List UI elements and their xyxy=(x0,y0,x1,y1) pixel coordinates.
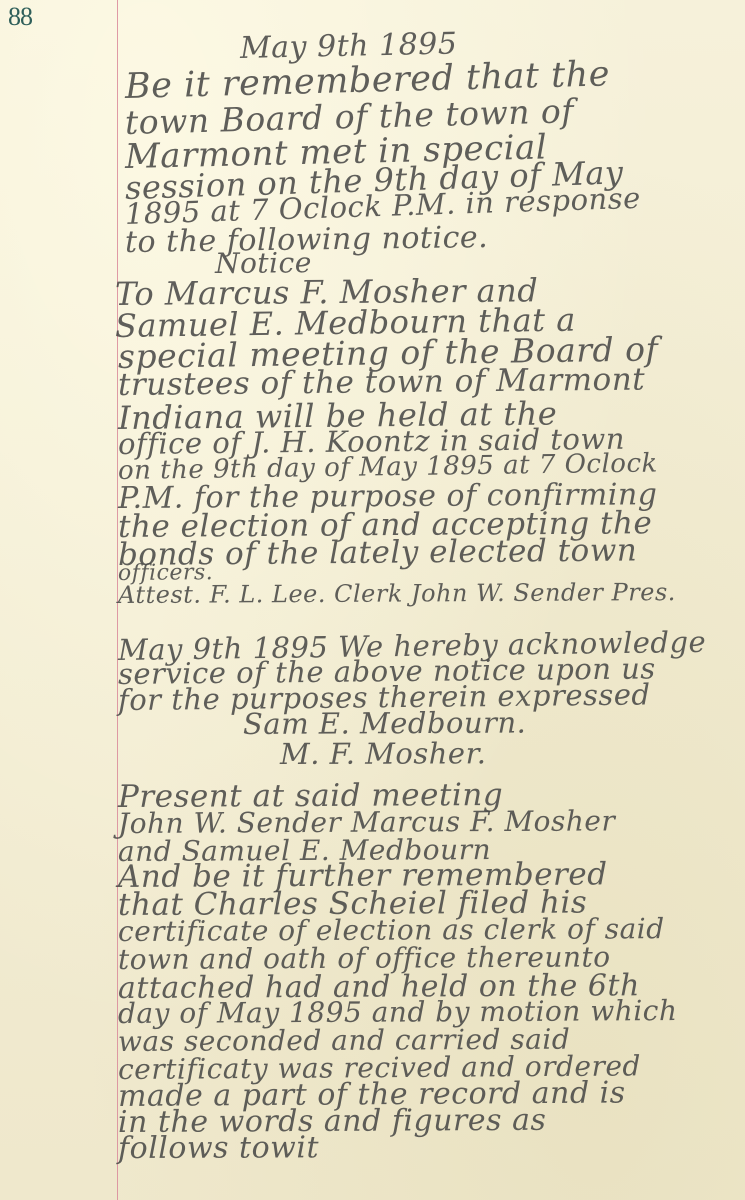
attest-signatures: Attest. F. L. Lee. Clerk John W. Sender … xyxy=(118,580,676,607)
page-number: 88 xyxy=(8,2,32,32)
signature-mosher: M. F. Mosher. xyxy=(280,739,487,769)
ledger-page: 88 May 9th 1895 Be it remembered that th… xyxy=(0,0,745,1200)
signature-medbourn: Sam E. Medbourn. xyxy=(243,709,527,739)
text-line: follows towit xyxy=(118,1133,319,1164)
